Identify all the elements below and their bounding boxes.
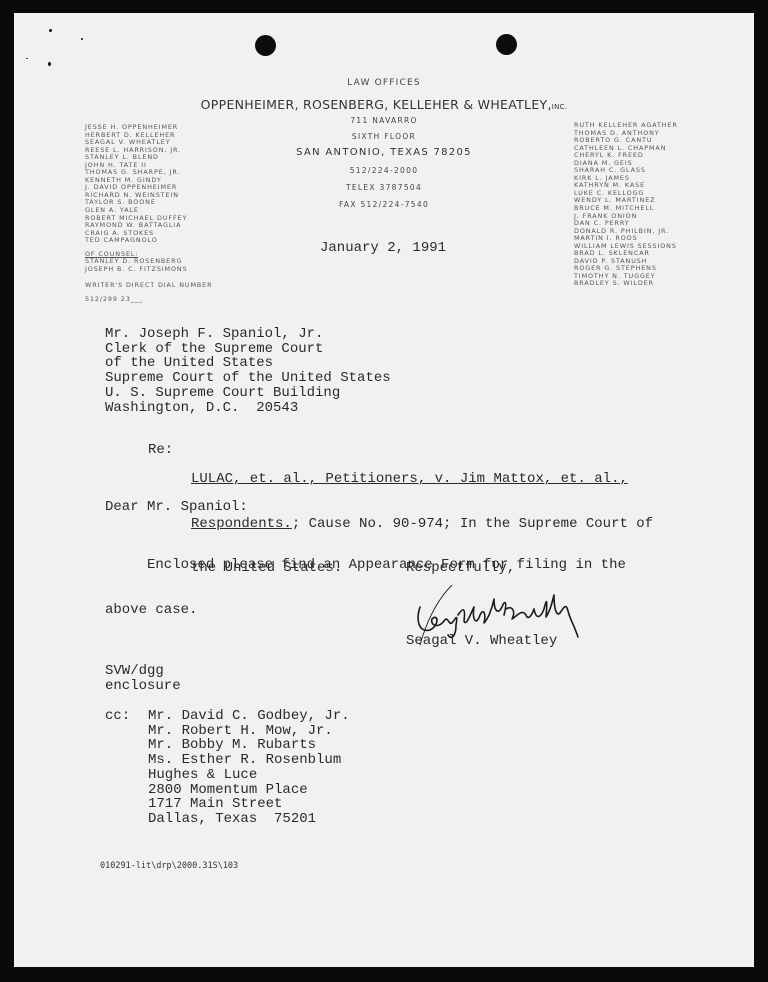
firm-name-text: OPPENHEIMER, ROSENBERG, KELLEHER & WHEAT… bbox=[201, 97, 552, 112]
firm-name: OPPENHEIMER, ROSENBERG, KELLEHER & WHEAT… bbox=[14, 97, 754, 112]
cc-line: 1717 Main Street bbox=[148, 797, 350, 812]
body-line-1: Enclosed please find an Appearance Form … bbox=[105, 558, 626, 573]
recipient-line: of the United States bbox=[105, 356, 391, 371]
signer-name: Seagal V. Wheatley bbox=[406, 634, 557, 649]
salutation: Dear Mr. Spaniol: bbox=[105, 500, 248, 515]
cc-line: Dallas, Texas 75201 bbox=[148, 812, 350, 827]
recipient-line: Clerk of the Supreme Court bbox=[105, 342, 391, 357]
cc-line: Mr. Robert H. Mow, Jr. bbox=[148, 724, 350, 739]
recipient-line: Mr. Joseph F. Spaniol, Jr. bbox=[105, 327, 391, 342]
cc-label: cc: bbox=[105, 709, 130, 724]
cc-line: Mr. David C. Godbey, Jr. bbox=[148, 709, 350, 724]
file-reference: 010291-lit\drp\2000.31S\103 bbox=[100, 861, 238, 871]
speck bbox=[26, 58, 28, 59]
re-label: Re: bbox=[148, 443, 173, 458]
recipient-line: Washington, D.C. 20543 bbox=[105, 401, 391, 416]
punch-hole-right bbox=[496, 34, 517, 55]
re-line-1: LULAC, et. al., Petitioners, v. Jim Matt… bbox=[191, 472, 653, 487]
right-attorney-list: RUTH KELLEHER AGATHERTHOMAS D. ANTHONYRO… bbox=[574, 122, 678, 288]
cc-line: Mr. Bobby M. Rubarts bbox=[148, 738, 350, 753]
letter-page: LAW OFFICES OPPENHEIMER, ROSENBERG, KELL… bbox=[14, 13, 754, 967]
recipient-line: U. S. Supreme Court Building bbox=[105, 386, 391, 401]
recipient-line: Supreme Court of the United States bbox=[105, 371, 391, 386]
attorney-name: TED CAMPAGNOLO bbox=[85, 237, 212, 245]
of-counsel-list: STANLEY D. ROSENBERGJOSEPH B. C. FITZSIM… bbox=[85, 258, 212, 273]
attorney-name: BRADLEY S. WILDER bbox=[574, 280, 678, 288]
speck bbox=[48, 62, 51, 66]
of-counsel-name: JOSEPH B. C. FITZSIMONS bbox=[85, 266, 212, 274]
left-attorneys: JESSE H. OPPENHEIMERHERBERT D. KELLEHERS… bbox=[85, 124, 212, 245]
speck bbox=[49, 29, 52, 32]
direct-dial-label: WRITER'S DIRECT DIAL NUMBER bbox=[85, 282, 212, 290]
letter-date: January 2, 1991 bbox=[320, 240, 446, 256]
left-attorney-list: JESSE H. OPPENHEIMERHERBERT D. KELLEHERS… bbox=[85, 124, 212, 303]
cc-line: Ms. Esther R. Rosenblum bbox=[148, 753, 350, 768]
law-offices-heading: LAW OFFICES bbox=[14, 78, 754, 88]
punch-hole-left bbox=[255, 35, 276, 56]
closing: Respectfully, bbox=[406, 561, 515, 576]
typist-initials: SVW/dgg bbox=[105, 664, 164, 679]
cc-line: Hughes & Luce bbox=[148, 768, 350, 783]
firm-suffix: INC. bbox=[552, 103, 568, 111]
cc-list: Mr. David C. Godbey, Jr.Mr. Robert H. Mo… bbox=[148, 709, 350, 827]
direct-dial-number: 512/299 23___ bbox=[85, 296, 212, 304]
recipient-address: Mr. Joseph F. Spaniol, Jr.Clerk of the S… bbox=[105, 327, 391, 415]
cc-line: 2800 Momentum Place bbox=[148, 783, 350, 798]
enclosure-note: enclosure bbox=[105, 679, 181, 694]
speck bbox=[81, 38, 83, 40]
